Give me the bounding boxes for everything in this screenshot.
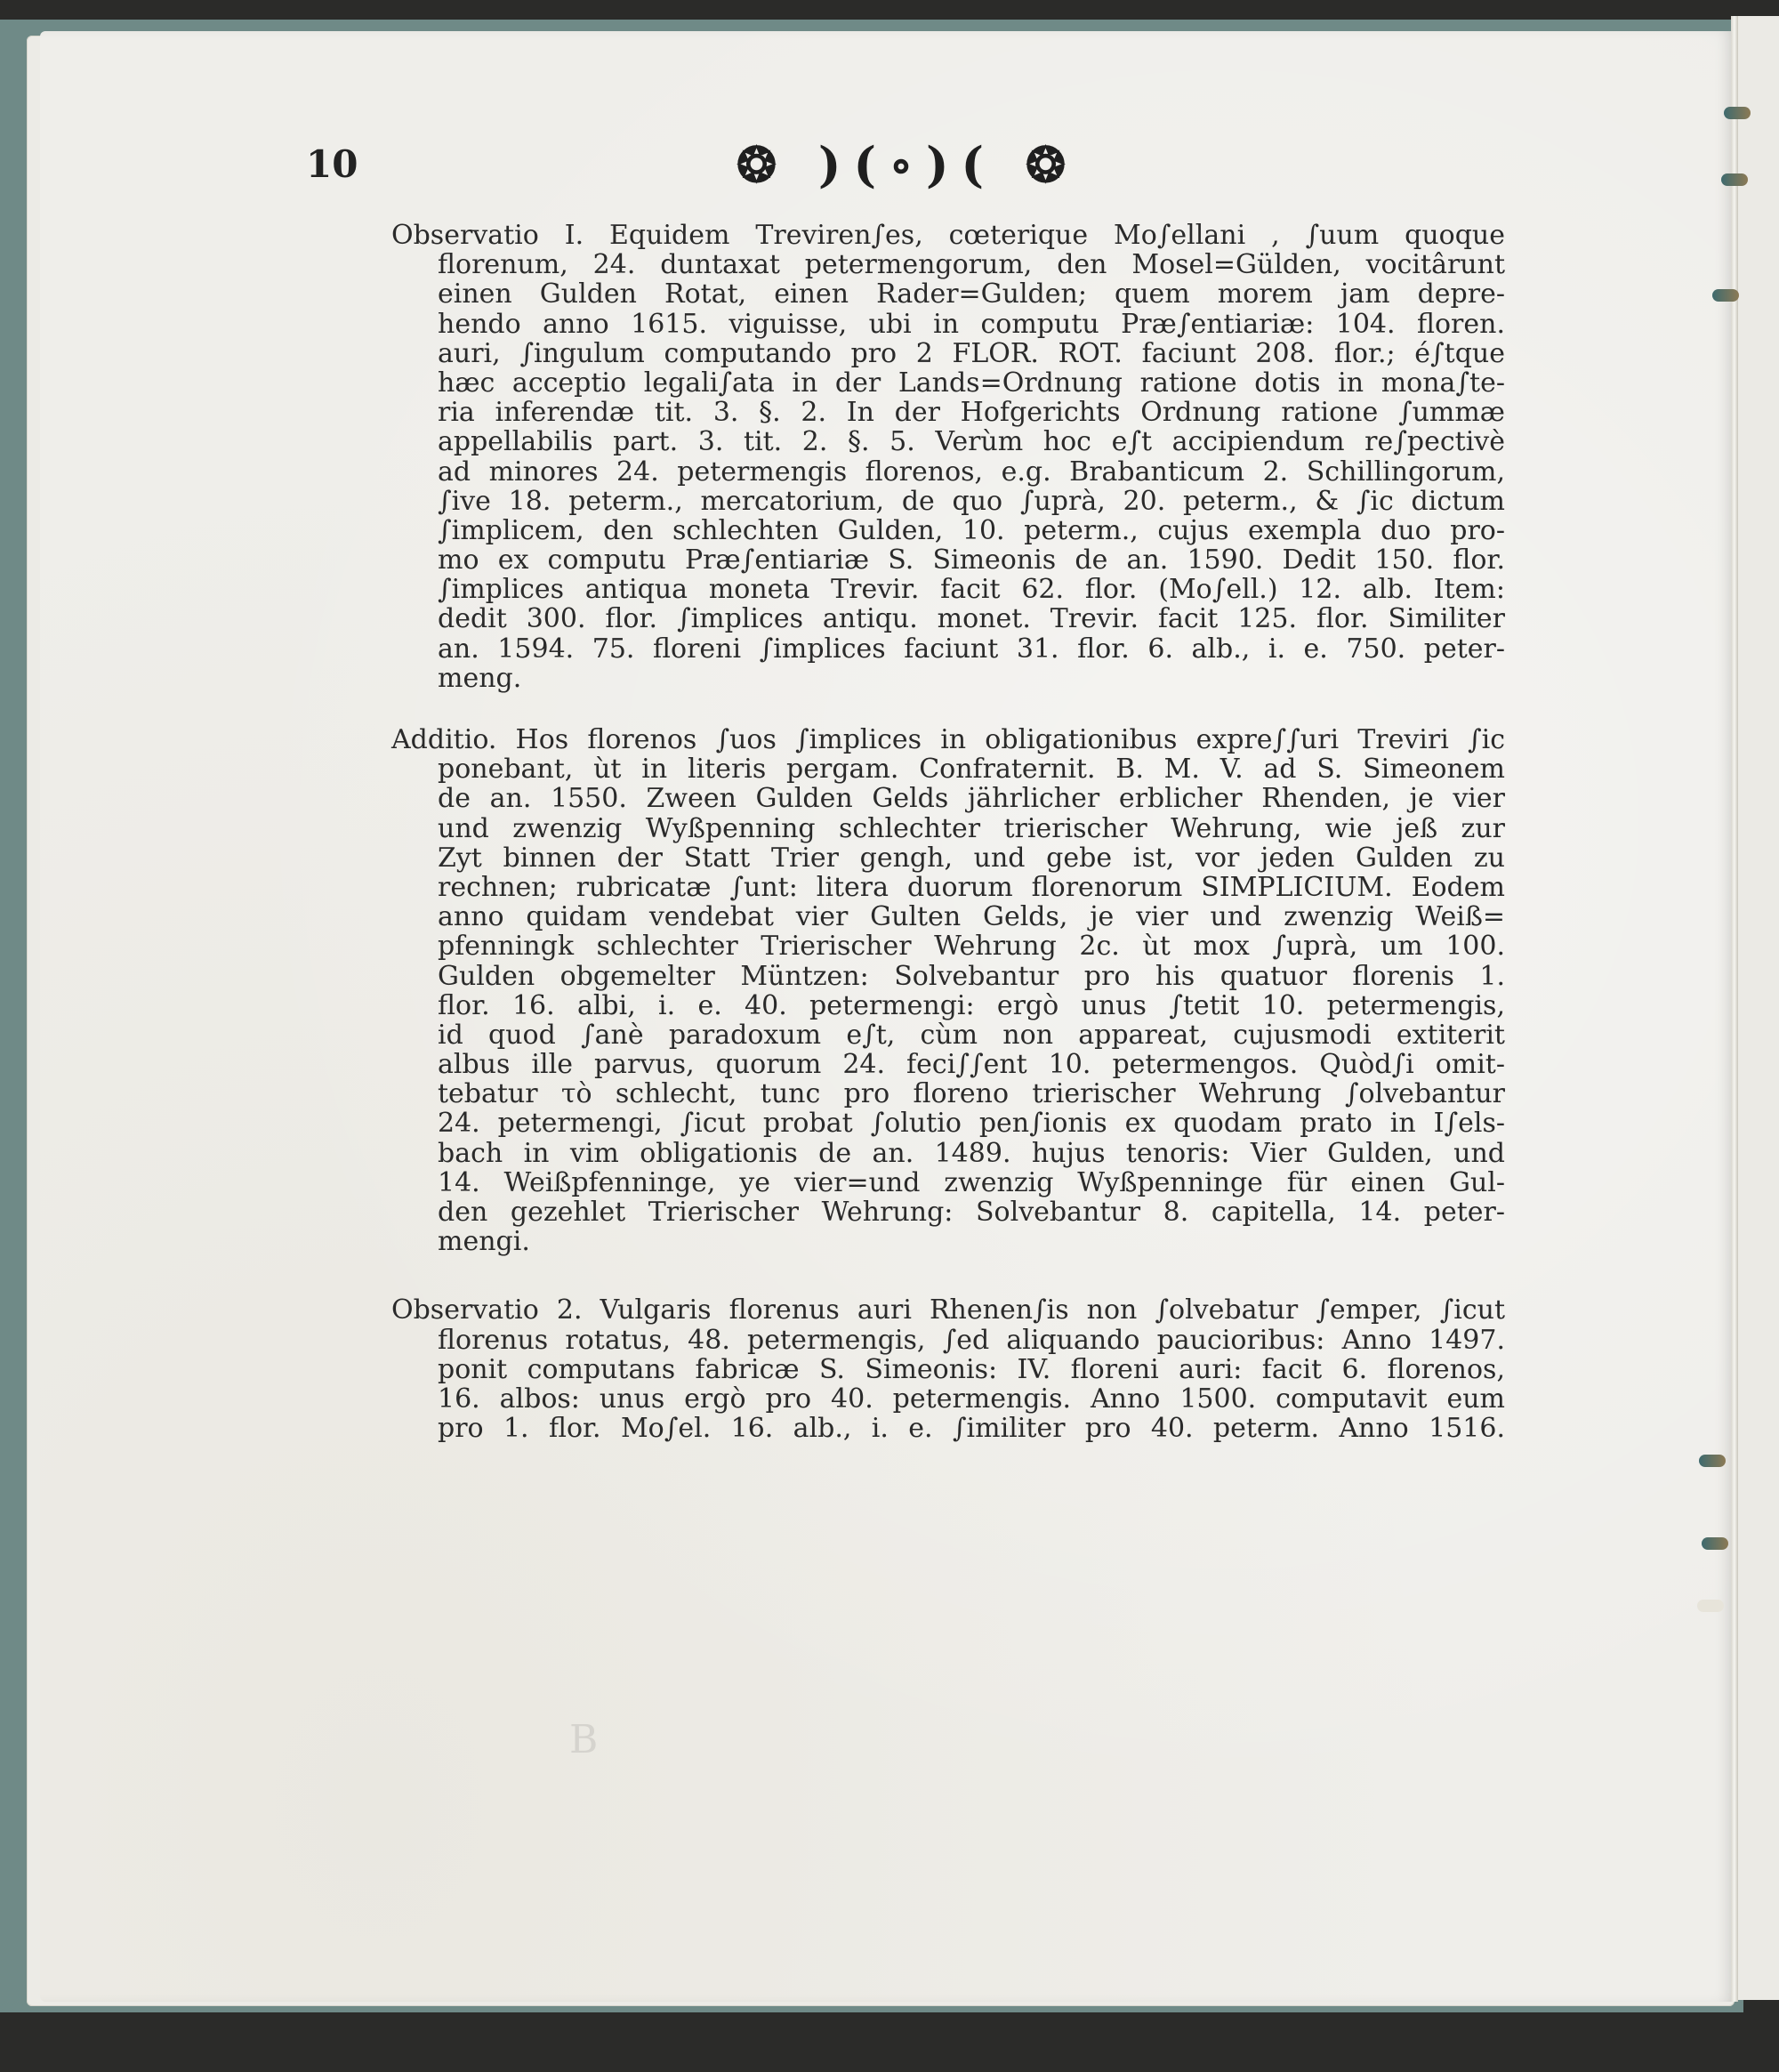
page-number: 10	[306, 142, 358, 186]
binding-stitch	[1712, 289, 1739, 302]
text-line: ponit computans fabricæ S. Simeonis: IV.…	[391, 1355, 1505, 1384]
text-line: albus ille parvus, quorum 24. feci∫∫ent …	[391, 1050, 1505, 1079]
text-line: Additio. Hos florenos ∫uos ∫implices in …	[391, 725, 1505, 754]
text-line: ∫ive 18. peterm., mercatorium, de quo ∫u…	[391, 487, 1505, 516]
text-line: appellabilis part. 3. tit. 2. §. 5. Verù…	[391, 427, 1505, 456]
text-line: rechnen; rubricatæ ∫unt: litera duorum f…	[391, 873, 1505, 902]
text-line: Gulden obgemelter Müntzen: Solvebantur p…	[391, 962, 1505, 991]
text-line: an. 1594. 75. floreni ∫implices faciunt …	[391, 634, 1505, 664]
text-line: dedit 300. flor. ∫implices antiqu. monet…	[391, 604, 1505, 633]
text-line: bach in vim obligationis de an. 1489. hu…	[391, 1139, 1505, 1168]
paragraph-observatio-2: Observatio 2. Vulgaris florenus auri Rhe…	[391, 1295, 1505, 1443]
text-line: 16. albos: unus ergò pro 40. petermengis…	[391, 1384, 1505, 1414]
text-line: pfenningk schlechter Trierischer Wehrung…	[391, 931, 1505, 961]
text-line: ∫implicem, den schlechten Gulden, 10. pe…	[391, 516, 1505, 545]
text-line: ria inferendæ tit. 3. §. 2. In der Hofge…	[391, 398, 1505, 427]
text-line: ponebant, ùt in literis pergam. Confrate…	[391, 754, 1505, 784]
paragraph-additio: Additio. Hos florenos ∫uos ∫implices in …	[391, 725, 1505, 1256]
facing-page	[1737, 16, 1779, 2000]
text-line: hendo anno 1615. viguisse, ubi in comput…	[391, 310, 1505, 339]
paragraph-gap	[391, 693, 1505, 725]
text-line: einen Gulden Rotat, einen Rader=Gulden; …	[391, 279, 1505, 309]
text-line: florenus rotatus, 48. petermengis, ∫ed a…	[391, 1326, 1505, 1355]
paragraph-observatio-1: Observatio I. Equidem Treviren∫es, cœter…	[391, 221, 1505, 693]
text-line: Observatio I. Equidem Treviren∫es, cœter…	[391, 221, 1505, 250]
text-line: 14. Weißpfenninge, ye vier=und zwenzig W…	[391, 1168, 1505, 1197]
text-line: flor. 16. albi, i. e. 40. petermengi: er…	[391, 991, 1505, 1020]
text-line: de an. 1550. Zween Gulden Gelds jährlich…	[391, 784, 1505, 813]
binding-stitch	[1702, 1537, 1728, 1550]
text-line: anno quidam vendebat vier Gulten Gelds, …	[391, 902, 1505, 931]
ornament-icon: ❂ )(∘)( ❂	[720, 133, 1094, 196]
text-line: florenum, 24. duntaxat petermengorum, de…	[391, 250, 1505, 279]
text-line: ∫implices antiqua moneta Trevir. facit 6…	[391, 575, 1505, 604]
bleed-through-mark: B	[569, 1717, 598, 1762]
paragraph-gap	[391, 1256, 1505, 1295]
binding-stitch	[1724, 107, 1751, 119]
text-line: den gezehlet Trierischer Wehrung: Solveb…	[391, 1197, 1505, 1227]
binding-stitch	[1721, 173, 1748, 186]
page-text: Observatio I. Equidem Treviren∫es, cœter…	[391, 221, 1505, 1443]
text-line: Zyt binnen der Statt Trier gengh, und ge…	[391, 843, 1505, 873]
running-head: 10 ❂ )(∘)( ❂	[302, 133, 1512, 196]
binding-stitch	[1697, 1600, 1724, 1612]
text-line: ad minores 24. petermengis florenos, e.g…	[391, 457, 1505, 487]
text-line: 24. petermengi, ∫icut probat ∫olutio pen…	[391, 1109, 1505, 1138]
text-line: pro 1. flor. Mo∫el. 16. alb., i. e. ∫imi…	[391, 1414, 1505, 1443]
text-line: hæc acceptio legali∫ata in der Lands=Ord…	[391, 368, 1505, 398]
book-spine	[1731, 16, 1738, 2002]
text-line: mengi.	[391, 1227, 1505, 1256]
binding-stitch	[1699, 1455, 1726, 1467]
text-line: mo ex computu Præ∫entiariæ S. Simeonis d…	[391, 545, 1505, 575]
text-line: und zwenzig Wyßpenning schlechter trieri…	[391, 814, 1505, 843]
text-line: id quod ∫anè paradoxum e∫t, cùm non appa…	[391, 1020, 1505, 1050]
text-line: Observatio 2. Vulgaris florenus auri Rhe…	[391, 1295, 1505, 1325]
text-line: meng.	[391, 664, 1505, 693]
text-line: tebatur τò schlecht, tunc pro floreno tr…	[391, 1079, 1505, 1109]
text-line: auri, ∫ingulum computando pro 2 FLOR. RO…	[391, 339, 1505, 368]
